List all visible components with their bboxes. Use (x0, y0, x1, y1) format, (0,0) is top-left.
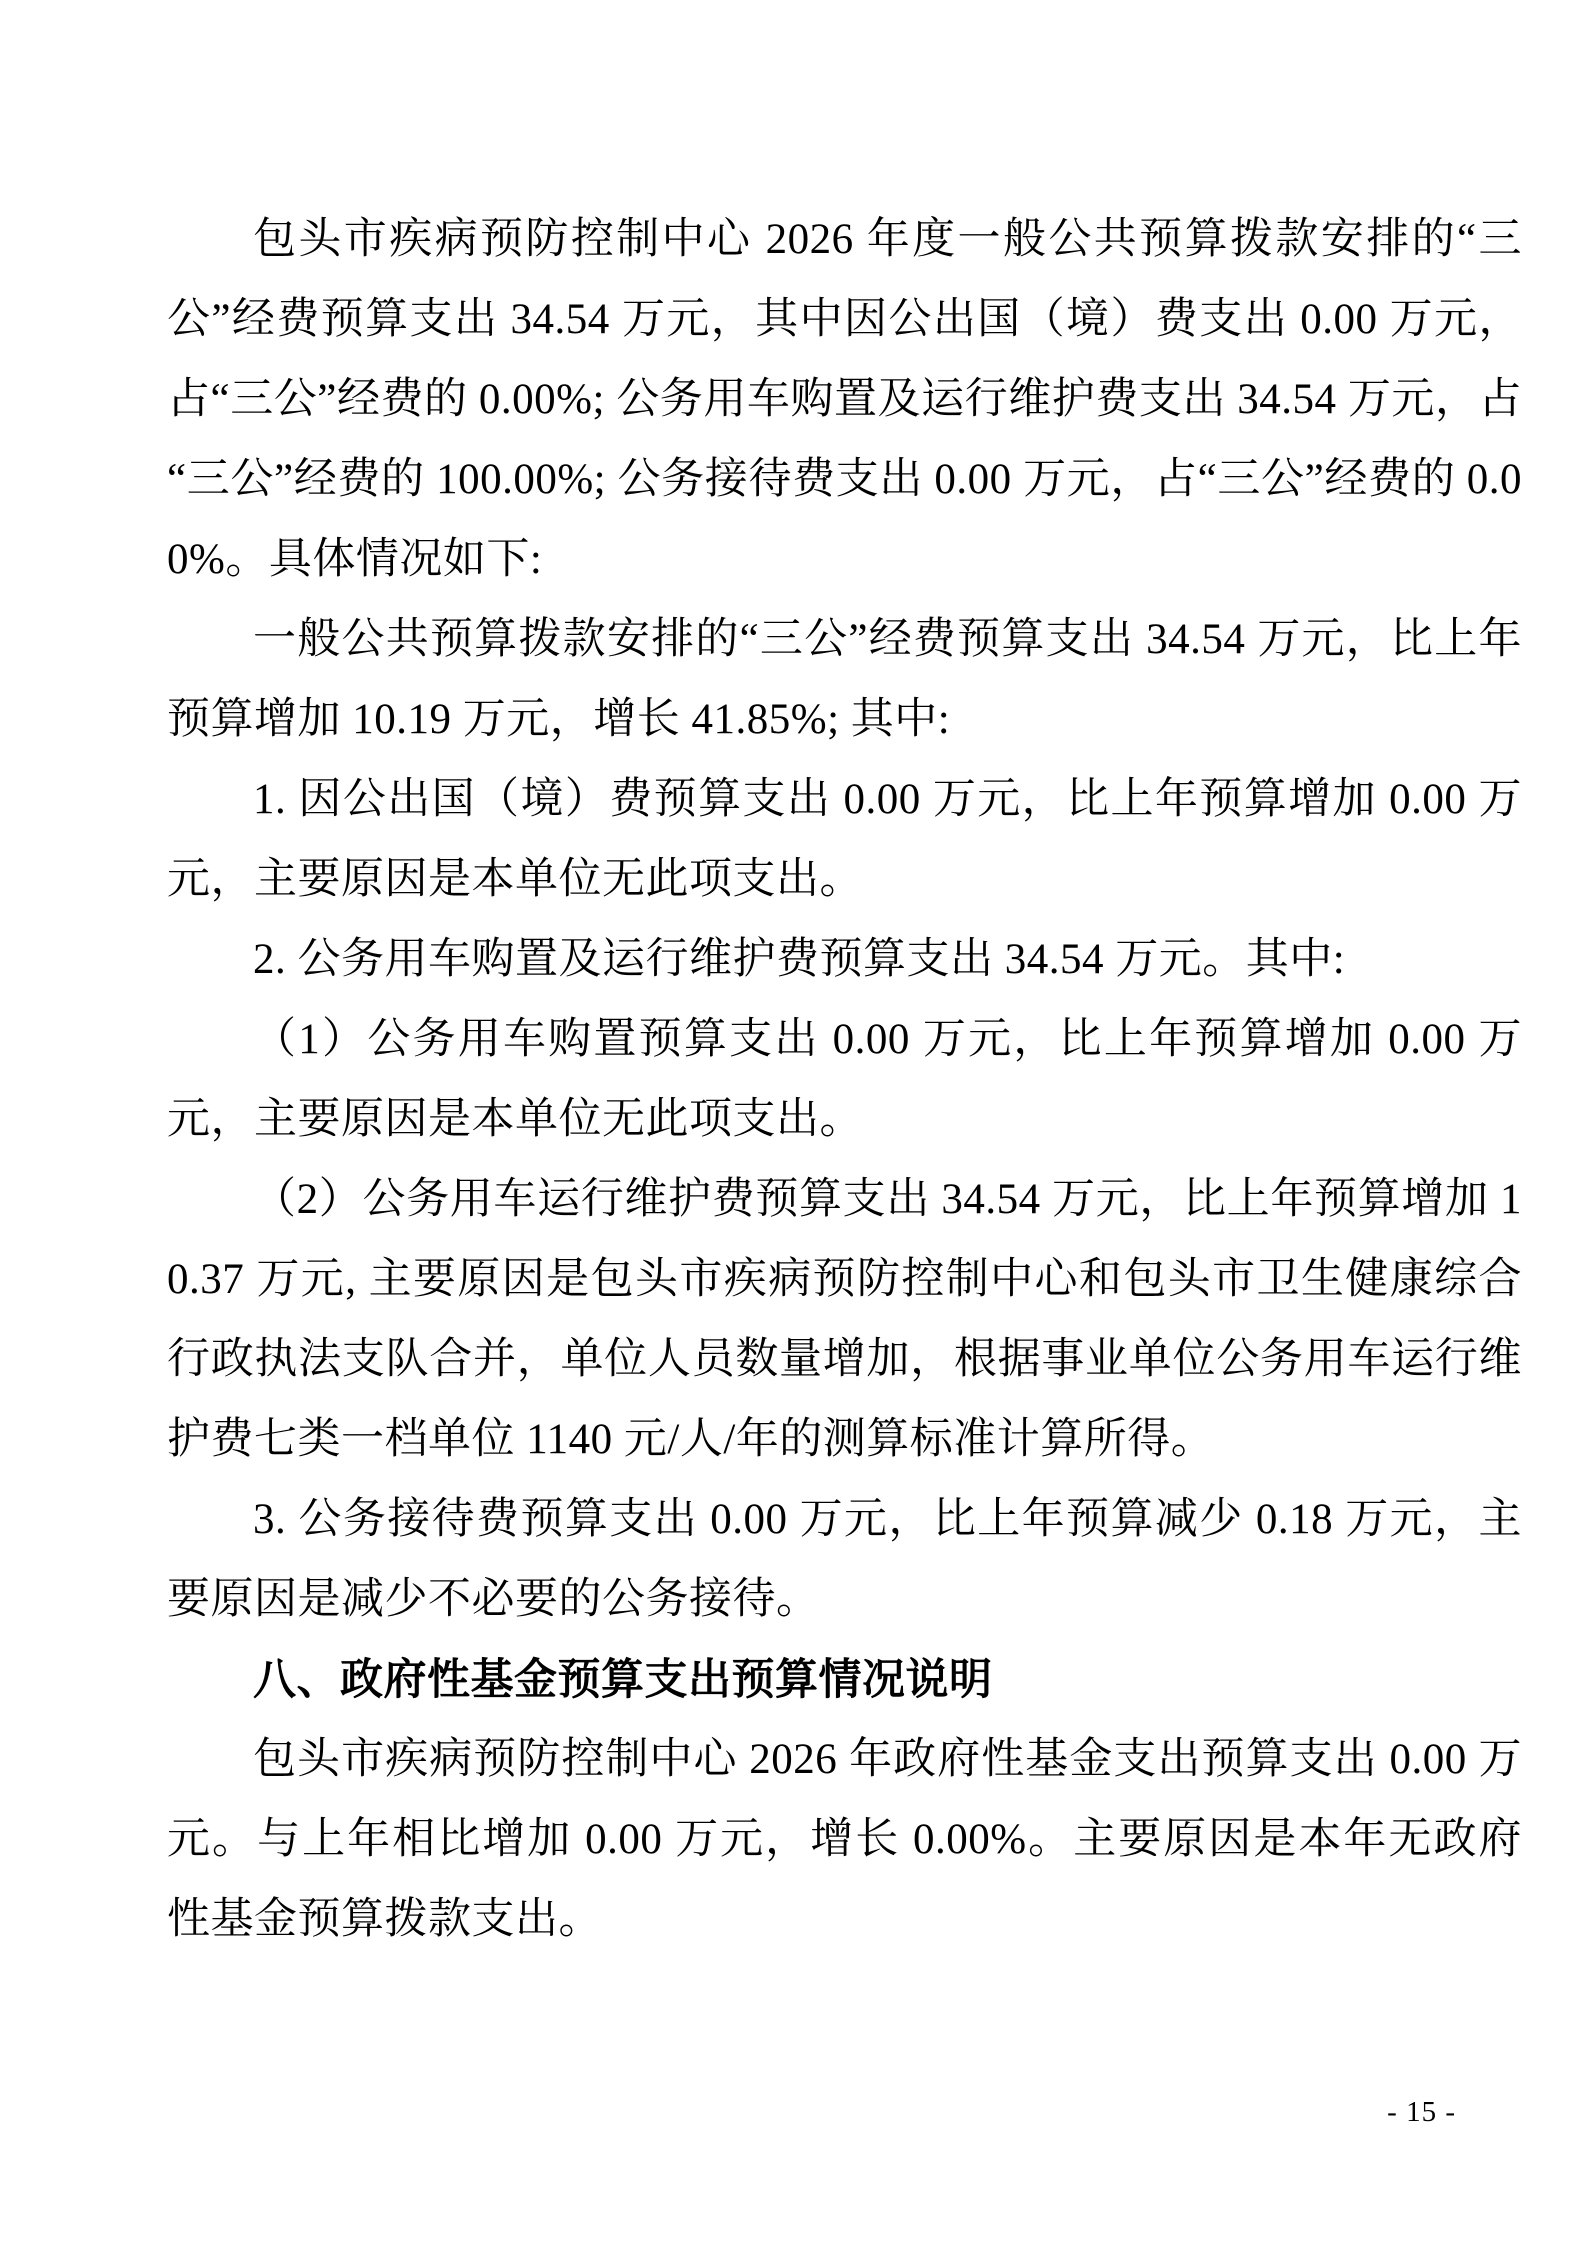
paragraph-item-2-vehicle-expense: 2. 公务用车购置及运行维护费预算支出 34.54 万元。其中: (167, 920, 1522, 1000)
paragraph-item-3-reception-expense: 3. 公务接待费预算支出 0.00 万元，比上年预算减少 0.18 万元，主要原… (167, 1480, 1522, 1640)
document-page: 包头市疾病预防控制中心 2026 年度一般公共预算拨款安排的“三公”经费预算支出… (0, 0, 1588, 2245)
paragraph-general-budget-summary: 一般公共预算拨款安排的“三公”经费预算支出 34.54 万元，比上年预算增加 1… (167, 600, 1522, 760)
paragraph-three-public-overview: 包头市疾病预防控制中心 2026 年度一般公共预算拨款安排的“三公”经费预算支出… (167, 200, 1522, 600)
paragraph-item-1-abroad-expense: 1. 因公出国（境）费预算支出 0.00 万元，比上年预算增加 0.00 万元，… (167, 760, 1522, 920)
paragraph-government-fund-detail: 包头市疾病预防控制中心 2026 年政府性基金支出预算支出 0.00 万元。与上… (167, 1720, 1522, 1960)
document-body: 包头市疾病预防控制中心 2026 年度一般公共预算拨款安排的“三公”经费预算支出… (167, 200, 1522, 1960)
page-number: - 15 - (1387, 2094, 1456, 2130)
paragraph-item-2-2-vehicle-maintenance: （2）公务用车运行维护费预算支出 34.54 万元，比上年预算增加 10.37 … (167, 1160, 1522, 1480)
paragraph-item-2-1-vehicle-purchase: （1）公务用车购置预算支出 0.00 万元，比上年预算增加 0.00 万元，主要… (167, 1000, 1522, 1160)
section-heading-government-fund: 八、政府性基金预算支出预算情况说明 (167, 1640, 1522, 1720)
